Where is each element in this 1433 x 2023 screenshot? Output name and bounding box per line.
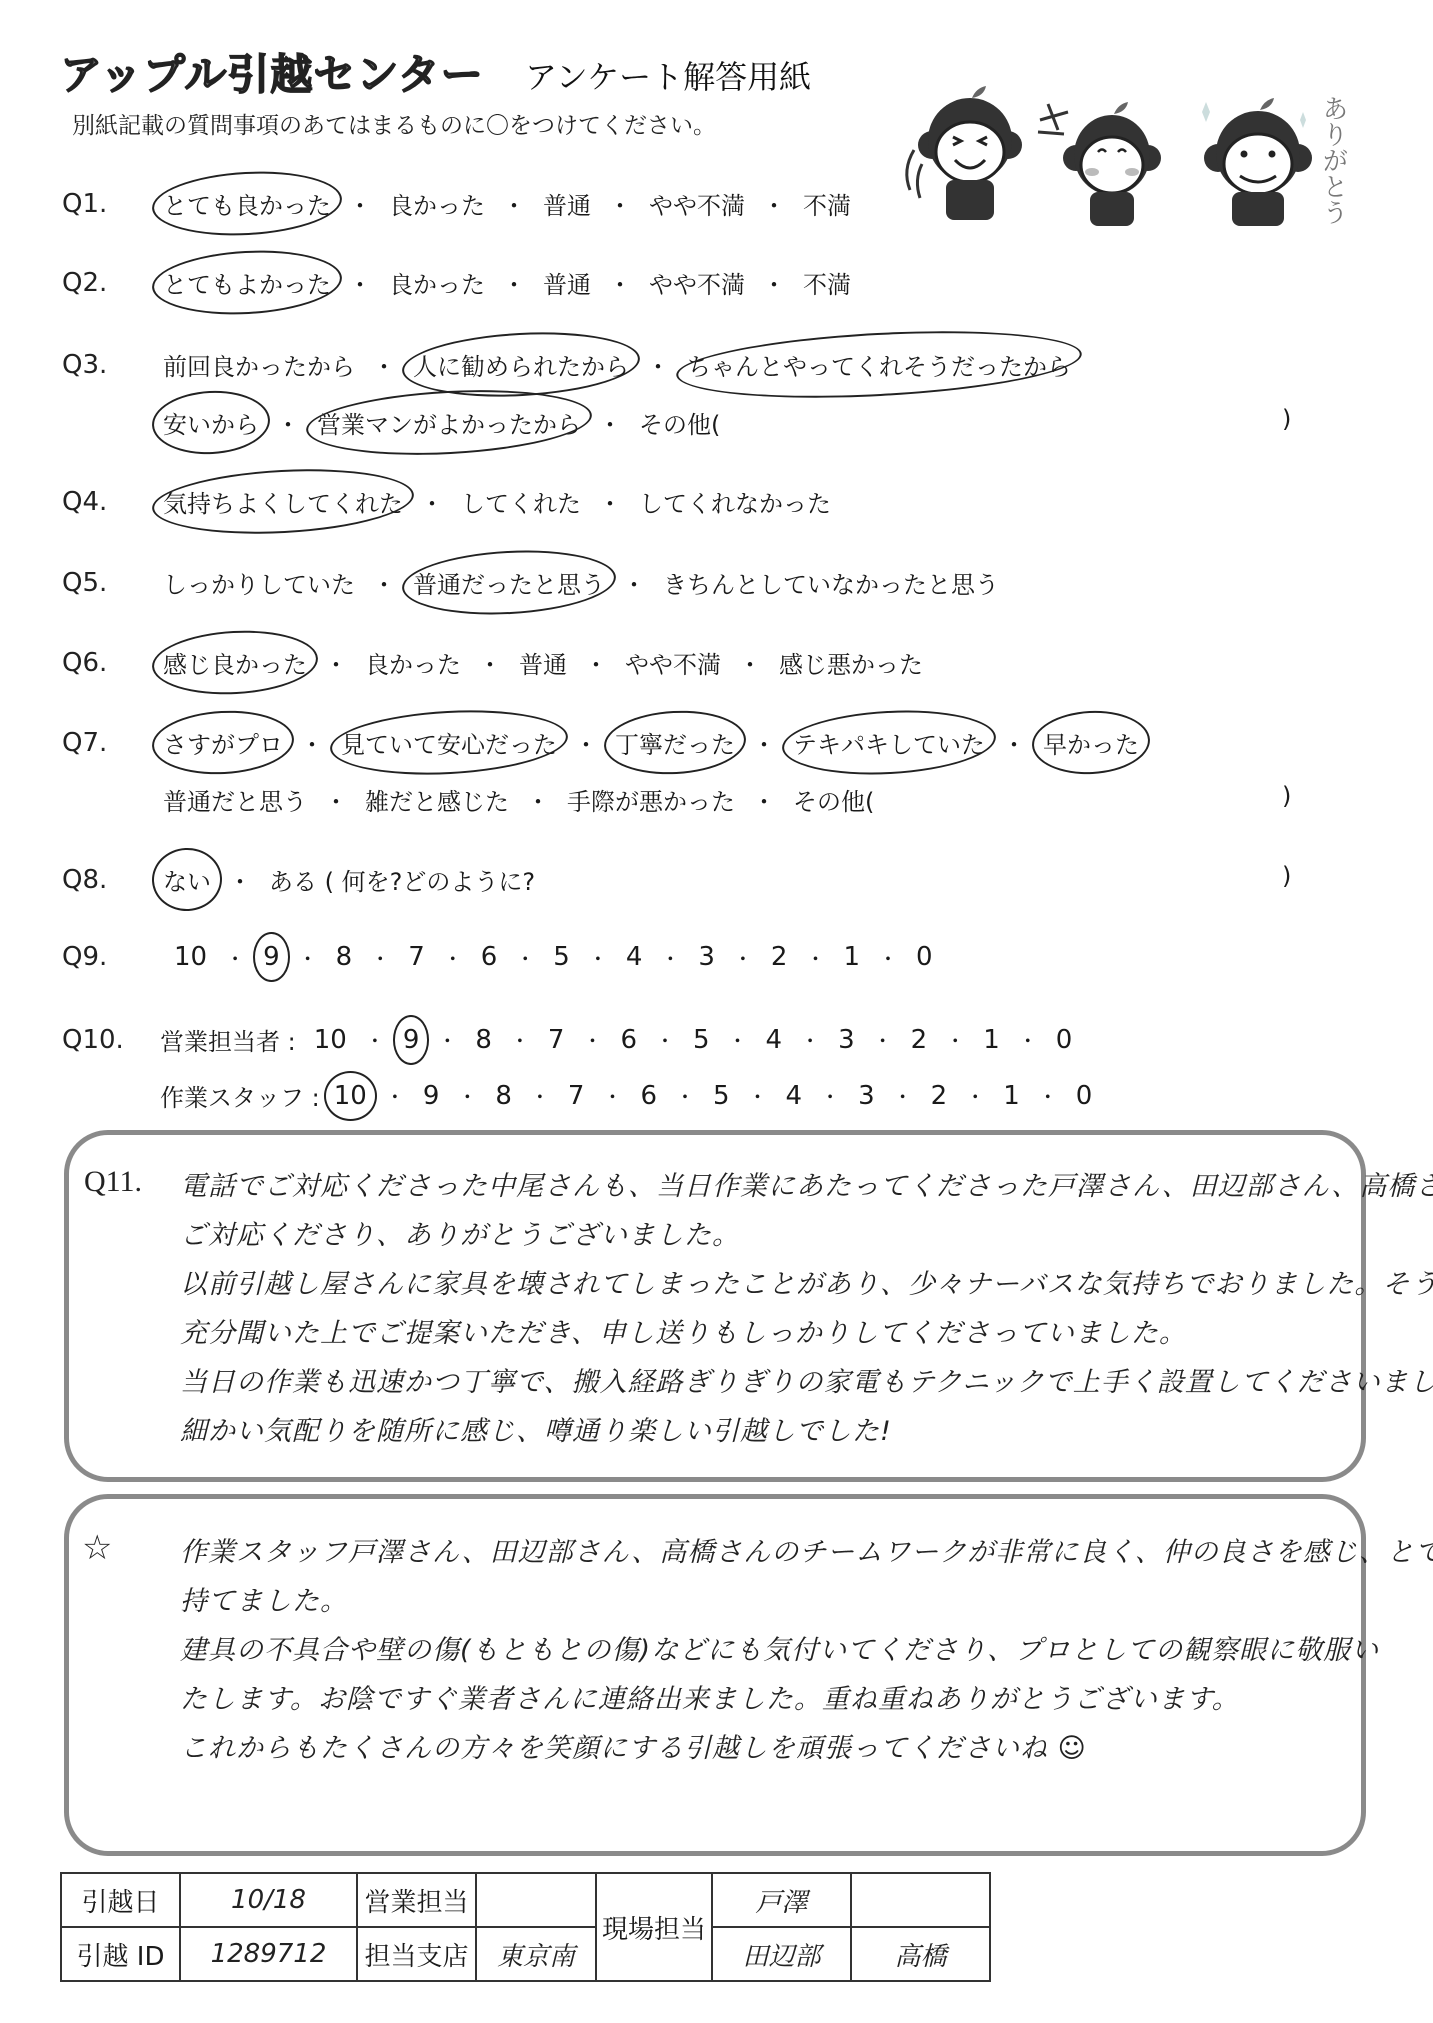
q9-score-4[interactable]: 4 [622, 942, 647, 972]
q9-score-8[interactable]: 8 [332, 942, 357, 972]
question-8: Q8. ない・ ある ( 何を?どのように? [62, 862, 538, 897]
q1-option-5[interactable]: 不満 [800, 186, 854, 221]
thanks-caption: ありがとう [1318, 95, 1348, 225]
instruction-text: 別紙記載の質問事項のあてはまるものに〇をつけてください。 [72, 107, 716, 140]
q5-option-3[interactable]: きちんとしていなかったと思う [660, 565, 1002, 600]
q7-option-2[interactable]: 見ていて安心だった [338, 725, 560, 760]
question-2: Q2. とてもよかった・ 良かった・ 普通・ やや不満・ 不満 [62, 265, 854, 300]
form-title: アンケート解答用紙 [525, 52, 811, 98]
question-6: Q6. 感じ良かった・ 良かった・ 普通・ やや不満・ 感じ悪かった [62, 645, 926, 680]
q1-option-2[interactable]: 良かった [386, 186, 488, 221]
q7-option-other[interactable]: その他( [790, 782, 877, 817]
q2-option-4[interactable]: やや不満 [646, 265, 748, 300]
q4-option-3[interactable]: してくれなかった [636, 484, 834, 519]
question-number: Q7. [62, 728, 160, 758]
q10-sales-score-6[interactable]: 6 [616, 1025, 641, 1055]
q9-score-6[interactable]: 6 [477, 942, 502, 972]
q10-staff-score-7[interactable]: 7 [564, 1081, 589, 1111]
q10-sales-score-0[interactable]: 0 [1052, 1025, 1077, 1055]
q7-option-4[interactable]: テキパキしていた [790, 725, 988, 760]
question-1: Q1. とても良かった・ 良かった・ 普通・ やや不満・ 不満 [62, 186, 854, 221]
branch-label: 担当支店 [357, 1927, 476, 1981]
q6-option-4[interactable]: やや不満 [622, 645, 724, 680]
q2-option-1[interactable]: とてもよかった [160, 265, 334, 300]
q9-score-9[interactable]: 9 [259, 942, 284, 972]
q10-sales-score-5[interactable]: 5 [689, 1025, 714, 1055]
q10-staff-score-2[interactable]: 2 [927, 1081, 952, 1111]
q8-close-paren: ) [1282, 862, 1291, 890]
question-number: Q2. [62, 268, 160, 298]
q10-staff-score-6[interactable]: 6 [636, 1081, 661, 1111]
q6-option-1[interactable]: 感じ良かった [160, 645, 310, 680]
q7-option-5[interactable]: 早かった [1040, 725, 1142, 760]
q10-sales-score-7[interactable]: 7 [544, 1025, 569, 1055]
q11-line: 以前引越し屋さんに家具を壊されてしまったことがあり、少々ナーバスな気持ちでおりま… [180, 1260, 1433, 1309]
q6-option-3[interactable]: 普通 [516, 645, 570, 680]
question-number: Q5. [62, 568, 160, 598]
q11-line: 電話でご対応くださった中尾さんも、当日作業にあたってくださった戸澤さん、田辺部さ… [180, 1162, 1433, 1211]
company-brand: アップル引越センター [60, 42, 484, 102]
site-staff-2[interactable] [851, 1873, 990, 1927]
q9-score-0[interactable]: 0 [912, 942, 937, 972]
star-line: たします。お陰ですぐ業者さんに連絡出来ました。重ね重ねありがとうございます。 [180, 1675, 1433, 1724]
q11-handwritten-answer: 電話でご対応くださった中尾さんも、当日作業にあたってくださった戸澤さん、田辺部さ… [180, 1162, 1433, 1456]
q8-option-none[interactable]: ない [160, 862, 214, 897]
q1-option-1[interactable]: とても良かった [160, 186, 334, 221]
q10-staff-label: 作業スタッフ : [160, 1078, 320, 1113]
q8-option-some[interactable]: ある ( 何を?どのように? [266, 862, 538, 897]
q3-close-paren: ) [1282, 405, 1291, 433]
move-id-value[interactable]: 1289712 [180, 1927, 357, 1981]
q7-option-6[interactable]: 普通だと思う [160, 782, 310, 817]
sales-rep-label: 営業担当 [357, 1873, 476, 1927]
question-5: Q5. しっかりしていた・ 普通だったと思う・ きちんとしていなかったと思う [62, 565, 1002, 600]
q3-option-2[interactable]: 人に勧められたから [410, 347, 632, 382]
question-3-row-2: 安いから・ 営業マンがよかったから・ その他( [160, 405, 723, 440]
q10-sales-score-3[interactable]: 3 [834, 1025, 859, 1055]
q7-option-7[interactable]: 雑だと感じた [362, 782, 512, 817]
mascot-middle-icon [1038, 102, 1161, 226]
move-info-table: 引越日 10/18 営業担当 現場担当 戸澤 引越 ID 1289712 担当支… [60, 1872, 991, 1982]
question-9: Q9. 10・ 9・ 8・ 7・ 6・ 5・ 4・ 3・ 2・ 1・ 0 [62, 942, 937, 972]
q6-option-5[interactable]: 感じ悪かった [776, 645, 926, 680]
q7-option-3[interactable]: 丁寧だった [612, 725, 738, 760]
question-number: Q1. [62, 189, 160, 219]
question-3: Q3. 前回良かったから・ 人に勧められたから・ ちゃんとやってくれそうだったか… [62, 347, 1074, 382]
q1-option-3[interactable]: 普通 [540, 186, 594, 221]
question-number: Q9. [62, 942, 160, 972]
q10-staff-score-4[interactable]: 4 [782, 1081, 807, 1111]
star-line: 持てました。 [180, 1577, 1433, 1626]
star-line: 建具の不具合や壁の傷(もともとの傷)などにも気付いてくださり、プロとしての観察眼… [180, 1626, 1433, 1675]
site-staff-3[interactable]: 田辺部 [712, 1927, 851, 1981]
question-7: Q7. さすがプロ・ 見ていて安心だった・ 丁寧だった・ テキパキしていた・ 早… [62, 725, 1142, 760]
q9-score-5[interactable]: 5 [549, 942, 574, 972]
move-date-label: 引越日 [61, 1873, 180, 1927]
q3-option-5[interactable]: 営業マンがよかったから [314, 405, 584, 440]
q6-option-2[interactable]: 良かった [362, 645, 464, 680]
q7-option-8[interactable]: 手際が悪かった [564, 782, 738, 817]
site-staff-4[interactable]: 高橋 [851, 1927, 990, 1981]
q10-staff-score-3[interactable]: 3 [854, 1081, 879, 1111]
q5-option-1[interactable]: しっかりしていた [160, 565, 358, 600]
q10-sales-score-4[interactable]: 4 [762, 1025, 787, 1055]
q9-score-3[interactable]: 3 [694, 942, 719, 972]
site-staff-label: 現場担当 [596, 1873, 712, 1981]
question-number: Q3. [62, 350, 160, 380]
question-10-staff: 作業スタッフ : 10・ 9・ 8・ 7・ 6・ 5・ 4・ 3・ 2・ 1・ … [160, 1078, 1096, 1113]
star-line: 作業スタッフ戸澤さん、田辺部さん、高橋さんのチームワークが非常に良く、仲の良さを… [180, 1528, 1433, 1577]
q9-score-10[interactable]: 10 [170, 942, 211, 972]
free-comment-handwritten: 作業スタッフ戸澤さん、田辺部さん、高橋さんのチームワークが非常に良く、仲の良さを… [180, 1528, 1433, 1773]
q10-staff-score-1[interactable]: 1 [999, 1081, 1024, 1111]
q11-label: Q11. [84, 1165, 142, 1199]
q11-line: 当日の作業も迅速かつ丁寧で、搬入経路ぎりぎりの家電もテクニックで上手く設置してく… [180, 1358, 1433, 1407]
q2-option-2[interactable]: 良かった [386, 265, 488, 300]
q2-option-3[interactable]: 普通 [540, 265, 594, 300]
q1-option-4[interactable]: やや不満 [646, 186, 748, 221]
q10-sales-score-1[interactable]: 1 [979, 1025, 1004, 1055]
site-staff-1[interactable]: 戸澤 [712, 1873, 851, 1927]
q4-option-2[interactable]: してくれた [458, 484, 584, 519]
q11-line: ご対応くださり、ありがとうございました。 [180, 1211, 1433, 1260]
q7-option-1[interactable]: さすがプロ [160, 725, 286, 760]
question-10-sales: Q10. 営業担当者 : 10・ 9・ 8・ 7・ 6・ 5・ 4・ 3・ 2・… [62, 1022, 1076, 1057]
q3-option-4[interactable]: 安いから [160, 405, 262, 440]
sales-rep-value[interactable] [476, 1873, 596, 1927]
q4-option-1[interactable]: 気持ちよくしてくれた [160, 484, 406, 519]
question-number: Q6. [62, 648, 160, 678]
question-7-row-2: 普通だと思う・ 雑だと感じた・ 手際が悪かった・ その他( [160, 782, 877, 817]
q10-staff-score-5[interactable]: 5 [709, 1081, 734, 1111]
mascot-right-icon [1202, 98, 1312, 226]
question-number: Q10. [62, 1025, 160, 1055]
q2-option-5[interactable]: 不満 [800, 265, 854, 300]
q9-score-7[interactable]: 7 [404, 942, 429, 972]
q10-staff-score-10[interactable]: 10 [330, 1081, 371, 1111]
q10-staff-score-9[interactable]: 9 [419, 1081, 444, 1111]
q10-staff-score-0[interactable]: 0 [1072, 1081, 1097, 1111]
q10-sales-label: 営業担当者 : [160, 1022, 296, 1057]
q11-line: 充分聞いた上でご提案いただき、申し送りもしっかりしてくださっていました。 [180, 1309, 1433, 1358]
q10-sales-score-8[interactable]: 8 [471, 1025, 496, 1055]
branch-value[interactable]: 東京南 [476, 1927, 596, 1981]
q9-score-1[interactable]: 1 [839, 942, 864, 972]
q3-option-1[interactable]: 前回良かったから [160, 347, 358, 382]
q10-sales-score-10[interactable]: 10 [310, 1025, 351, 1055]
q10-sales-score-2[interactable]: 2 [907, 1025, 932, 1055]
q11-line: 細かい気配りを随所に感じ、噂通り楽しい引越しでした! [180, 1407, 1433, 1456]
q10-staff-score-8[interactable]: 8 [491, 1081, 516, 1111]
q9-score-2[interactable]: 2 [767, 942, 792, 972]
q5-option-2[interactable]: 普通だったと思う [410, 565, 608, 600]
q3-option-other[interactable]: その他( [636, 405, 723, 440]
move-date-value[interactable]: 10/18 [180, 1873, 357, 1927]
q10-sales-score-9[interactable]: 9 [399, 1025, 424, 1055]
star-icon: ☆ [82, 1528, 112, 1568]
mascot-left-icon [907, 86, 1022, 220]
move-id-label: 引越 ID [61, 1927, 180, 1981]
q7-close-paren: ) [1282, 782, 1291, 810]
star-line: これからもたくさんの方々を笑顔にする引越しを頑張ってくださいね ☺ [180, 1724, 1433, 1773]
q3-option-3[interactable]: ちゃんとやってくれそうだったから [684, 347, 1074, 382]
question-number: Q4. [62, 487, 160, 517]
monkey-mascots-illustration [880, 40, 1360, 230]
question-4: Q4. 気持ちよくしてくれた・ してくれた・ してくれなかった [62, 484, 834, 519]
question-number: Q8. [62, 865, 160, 895]
